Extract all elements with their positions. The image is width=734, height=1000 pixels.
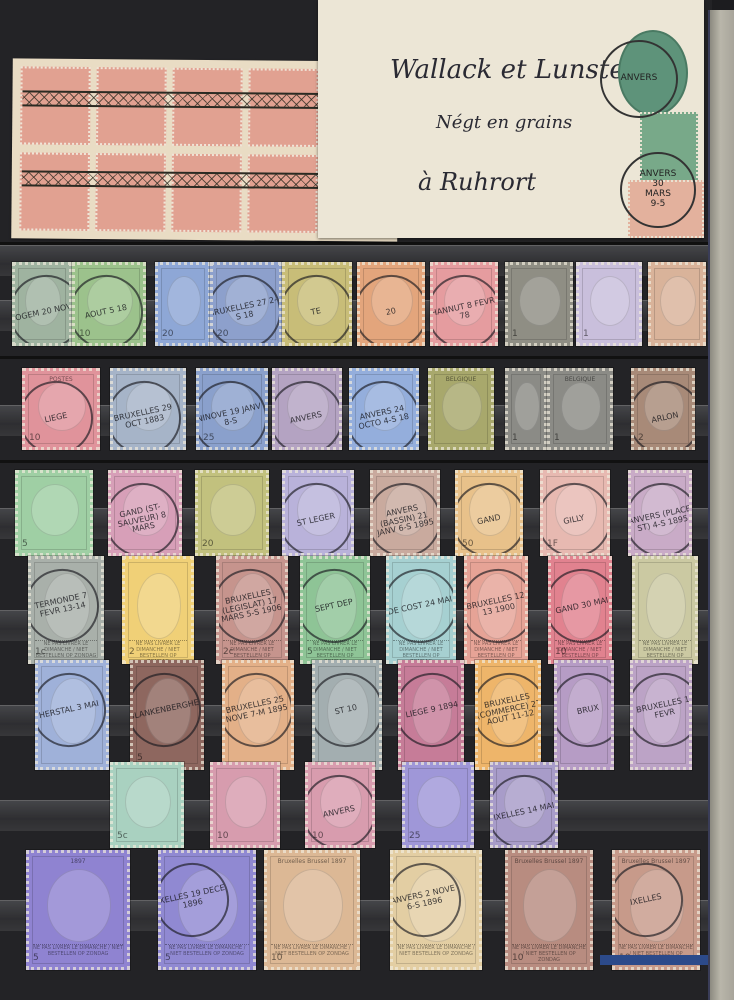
stamp-denomination: 5c — [117, 831, 128, 841]
stamp-label: Bruxelles Brussel 1897 — [267, 858, 357, 865]
block-stamp — [95, 153, 166, 232]
stamp: BRUXELLES 25 NOVE 7-M 1895 — [222, 660, 294, 770]
stamp-label: BELGIQUE — [431, 376, 491, 383]
stamp: 5 — [15, 470, 93, 556]
portrait-oval — [590, 276, 630, 326]
stamp-denomination: 1 — [554, 433, 560, 443]
stamp: 10Bruxelles Brussel 1897NE PAS LIVRER LE… — [264, 850, 360, 970]
portrait-oval — [167, 276, 201, 326]
portrait-oval — [137, 573, 181, 638]
stamp-tab: NE PAS LIVRER LE DIMANCHE / NIET BESTELL… — [165, 944, 249, 963]
portrait-oval — [125, 776, 171, 828]
stamp-denomination: 1 — [512, 329, 518, 339]
portrait-oval — [561, 382, 601, 431]
stamp: NE PAS LIVRER LE DIMANCHE / NIET BESTELL… — [390, 850, 482, 970]
stamp: BRUXELLES (COMMERCE) 27 AOUT 11-12 — [475, 660, 541, 770]
stamp: ST 10 — [312, 660, 382, 770]
stamp: 1BELGIQUE — [547, 368, 613, 450]
stamp-denomination: 20 — [162, 329, 173, 339]
stamp: 1cNE PAS LIVRER LE DIMANCHE / NIET BESTE… — [28, 556, 104, 664]
stamp-denomination: 20 — [202, 539, 213, 549]
stamp-tab: NE PAS LIVRER LE DIMANCHE / NIET BESTELL… — [397, 944, 475, 963]
stamp-denomination: 1 — [583, 329, 589, 339]
stamp: ANVERS 24 OCTO 4-S 18 — [349, 368, 419, 450]
stamp: 10Bruxelles Brussel 1897NE PAS LIVRER LE… — [505, 850, 593, 970]
stamp: BELGIQUE — [428, 368, 494, 450]
stamp: ANVERS (BASSIN) 21 JANV 6-S 1895 — [370, 470, 440, 556]
postmark-text: ANVERS — [621, 74, 658, 84]
stamp: OGEM 20 NOVE — [12, 262, 72, 346]
stamp: ST LEGER — [282, 470, 354, 556]
stamp: 10NE PAS LIVRER LE DIMANCHE / NIET BESTE… — [548, 556, 612, 664]
portrait-oval — [646, 573, 686, 638]
stamp: 25NINOVE 19 JANV 8-S — [196, 368, 268, 450]
portrait-oval — [283, 869, 343, 942]
stamp: NE PAS LIVRER LE DIMANCHE / NIET BESTELL… — [464, 556, 528, 664]
stamp-label: BELGIQUE — [550, 376, 610, 383]
stamp: 5c — [110, 762, 184, 848]
stamp: 20BRUXELLES 27 2-S 18 — [210, 262, 282, 346]
stamp: IXELLES 14 MAI — [490, 762, 558, 848]
stamp-denomination: 1 — [512, 433, 518, 443]
stamp — [648, 262, 706, 346]
stamp-tab: NE PAS LIVRER LE DIMANCHE / NIET BESTELL… — [33, 944, 123, 963]
stamp-denomination: 5 — [22, 539, 28, 549]
block-stamp — [171, 154, 242, 233]
album-spine — [708, 10, 734, 1000]
stamp: 2ARLON — [631, 368, 695, 450]
stock-book-page: Wallack et Lunstein Négt en grains à Ruh… — [0, 0, 712, 1000]
stamp: 1FGILLY — [540, 470, 610, 556]
stamp: 2cNE PAS LIVRER LE DIMANCHE / NIET BESTE… — [216, 556, 288, 664]
portrait-oval — [660, 276, 695, 326]
stamp-tab: NE PAS LIVRER LE DIMANCHE / NIET BESTELL… — [129, 640, 187, 657]
stamp: BRUX — [554, 660, 614, 770]
cover-address-line: Négt en grains — [436, 112, 572, 133]
portrait-oval — [47, 869, 112, 942]
portrait-oval — [225, 776, 268, 828]
stamp: 10POSTESLIEGE — [22, 368, 100, 450]
stamp-denomination: 10 — [217, 831, 228, 841]
portrait-oval — [31, 484, 79, 536]
stamp: 1 — [505, 262, 573, 346]
stamp: BRUXELLES 29 OCT 1883 — [110, 368, 186, 450]
stamp: BRUXELLES 1 FEVR — [630, 660, 692, 770]
stamp: 50GAND — [455, 470, 523, 556]
stamp-label: 1897 — [29, 858, 127, 865]
strip-divider — [0, 242, 708, 245]
postmark-anvers-top: ANVERS — [600, 40, 678, 118]
portrait-oval — [523, 869, 577, 942]
postal-cover: Wallack et Lunstein Négt en grains à Ruh… — [318, 0, 704, 238]
stamp: ANVERS — [272, 368, 342, 450]
portrait-oval — [514, 382, 539, 431]
stamp: LIEGE 9 1894 — [398, 660, 464, 770]
stamp-tab: NE PAS LIVRER LE DIMANCHE / NIET BESTELL… — [512, 944, 586, 963]
stamp: HANNUT 8 FEVR 78 — [430, 262, 498, 346]
stamp-tab: NE PAS LIVRER LE DIMANCHE / NIET BESTELL… — [639, 640, 691, 657]
strip-divider — [0, 356, 708, 359]
stamp: 25 — [402, 762, 474, 848]
stamp: 2NE PAS LIVRER LE DIMANCHE / NIET BESTEL… — [122, 556, 194, 664]
strip-divider — [0, 460, 708, 463]
portrait-oval — [519, 276, 561, 326]
stamp: 51897NE PAS LIVRER LE DIMANCHE / NIET BE… — [26, 850, 130, 970]
stamp: TE — [282, 262, 352, 346]
stamp-tab: NE PAS LIVRER LE DIMANCHE / NIET BESTELL… — [271, 944, 353, 963]
stamp: NE PAS LIVRER LE DIMANCHE / NIET BESTELL… — [632, 556, 698, 664]
block-stamp — [247, 154, 318, 233]
portrait-oval — [442, 382, 482, 431]
postmark-time: 9-5 — [651, 200, 666, 210]
stamp: 10ANVERS — [305, 762, 375, 848]
stamp: NE PAS LIVRER LE DIMANCHE / NIET BESTELL… — [386, 556, 456, 664]
block-stamp — [19, 152, 90, 231]
stamp-denomination: 25 — [409, 831, 420, 841]
cover-address-line: à Ruhrort — [418, 168, 536, 196]
stamp: 20 — [195, 470, 269, 556]
album-cover-edge — [600, 955, 710, 965]
stamp: 5NE PAS LIVRER LE DIMANCHE / NIET BESTEL… — [158, 850, 256, 970]
stamp: 1 — [505, 368, 547, 450]
stamp: 20 — [357, 262, 425, 346]
stamp-label: Bruxelles Brussel 1897 — [508, 858, 590, 865]
stamp: 5NE PAS LIVRER LE DIMANCHE / NIET BESTEL… — [300, 556, 370, 664]
postmark-anvers-main: ANVERS 30 MARS 9-5 — [620, 152, 696, 228]
stamp: HERSTAL 3 MAI — [35, 660, 109, 770]
stamp: 10Bruxelles Brussel 1897NE PAS LIVRER LE… — [612, 850, 700, 970]
stamp: 1 — [576, 262, 642, 346]
stamp: 10 — [210, 762, 280, 848]
portrait-oval — [210, 484, 256, 536]
stamp: 20 — [155, 262, 211, 346]
portrait-oval — [417, 776, 461, 828]
stamp: 10AOUT 5 18 — [72, 262, 146, 346]
stamp: 5BLANKENBERGHE — [130, 660, 204, 770]
stamp: GAND (ST-SAUVEUR) 8 MARS — [108, 470, 182, 556]
stamp: ANVERS (PLACE-ST) 4-S 1895 — [628, 470, 692, 556]
